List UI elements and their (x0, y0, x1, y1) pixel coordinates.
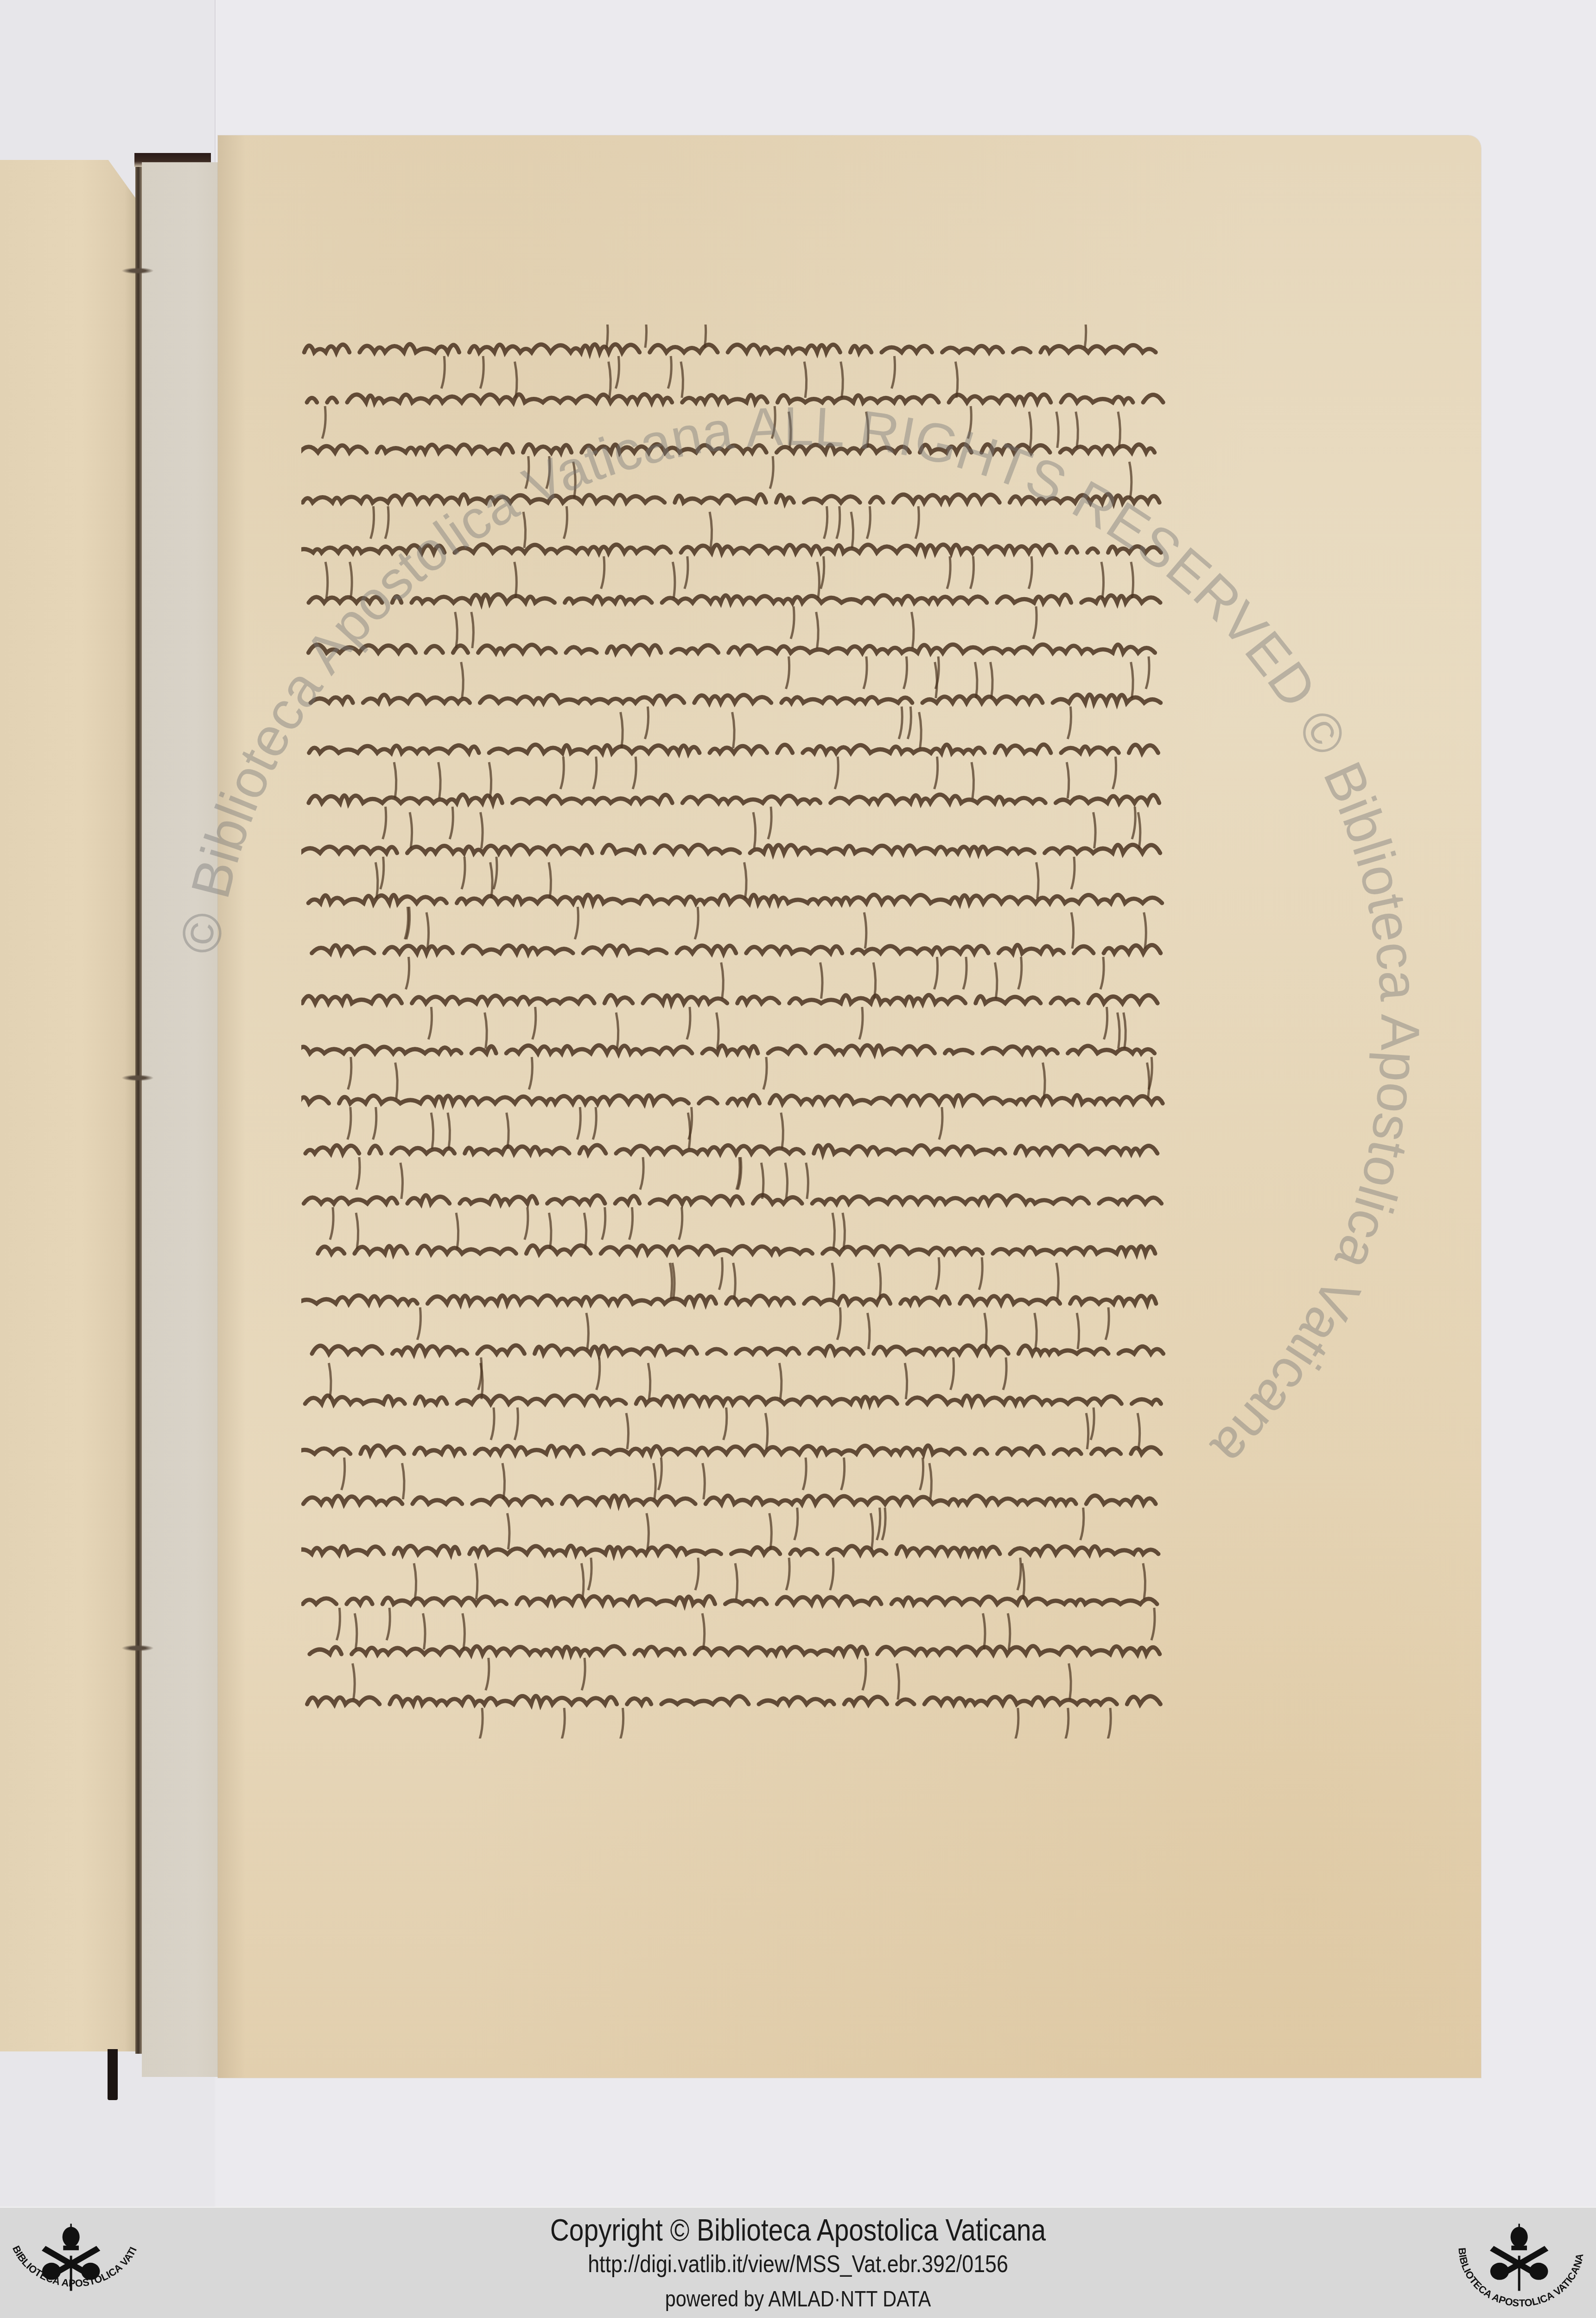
script-stroke (629, 1207, 632, 1240)
script-line (303, 494, 1159, 503)
script-stroke (441, 356, 445, 388)
script-stroke (891, 356, 895, 388)
powered-by: powered by AMLAD·NTT DATA (112, 2286, 1484, 2312)
script-stroke (428, 1007, 432, 1039)
script-stroke (744, 862, 747, 898)
script-stroke (385, 506, 388, 539)
script-stroke (549, 862, 551, 898)
script-stroke (1071, 912, 1074, 949)
script-stroke (401, 1163, 403, 1199)
script-stroke (383, 807, 386, 839)
script-stroke (325, 562, 328, 598)
script-stroke (769, 1513, 772, 1549)
script-line (307, 1696, 1161, 1704)
script-stroke (549, 1213, 551, 1249)
script-stroke (588, 1558, 591, 1590)
script-stroke (863, 1658, 866, 1690)
script-stroke (1118, 1013, 1120, 1049)
script-stroke (322, 406, 325, 439)
script-stroke (431, 1113, 433, 1149)
script-stroke (841, 362, 843, 398)
script-stroke (515, 1407, 518, 1440)
script-line (301, 845, 1160, 853)
script-stroke (645, 707, 648, 739)
script-stroke (1029, 412, 1031, 448)
script-stroke (581, 1563, 584, 1599)
script-stroke (529, 1057, 532, 1089)
script-stroke (695, 1558, 699, 1590)
script-stroke (597, 1357, 600, 1390)
script-stroke (695, 907, 698, 939)
script-stroke (821, 556, 824, 589)
script-stroke (547, 456, 550, 489)
script-stroke (455, 612, 458, 648)
script-stroke (985, 1313, 987, 1349)
script-stroke (1138, 1413, 1140, 1449)
script-stroke (835, 757, 838, 789)
script-stroke (640, 1157, 643, 1190)
script-stroke (1143, 1563, 1145, 1599)
script-stroke (616, 1013, 618, 1049)
script-stroke (908, 707, 911, 739)
script-stroke (353, 1663, 355, 1700)
script-stroke (356, 1157, 360, 1190)
script-stroke (735, 1563, 738, 1599)
vatican-library-logo-left: BIBLIOTECA APOSTOLICA VATICANA (5, 2211, 153, 2316)
script-line (310, 1646, 1160, 1654)
script-stroke (1101, 562, 1104, 598)
script-stroke (1084, 325, 1086, 348)
script-stroke (950, 1357, 954, 1390)
script-stroke (560, 757, 564, 789)
script-stroke (461, 662, 464, 698)
script-stroke (439, 762, 441, 798)
script-stroke (526, 456, 529, 489)
script-stroke (490, 862, 493, 898)
script-stroke (1086, 1413, 1088, 1449)
script-stroke (1008, 1613, 1010, 1649)
script-stroke (395, 1063, 398, 1099)
script-stroke (935, 662, 937, 698)
script-line (301, 1295, 1156, 1304)
script-stroke (820, 962, 822, 999)
script-stroke (972, 762, 974, 798)
script-stroke (593, 757, 597, 789)
script-stroke (679, 1207, 682, 1240)
script-stroke (903, 656, 907, 689)
script-stroke (1118, 412, 1120, 448)
script-stroke (864, 656, 867, 689)
script-stroke (717, 1013, 719, 1049)
script-stroke (703, 1463, 705, 1499)
script-stroke (1056, 412, 1059, 448)
sewing-thread-icon (121, 1645, 154, 1651)
script-stroke (1033, 606, 1036, 639)
script-stroke (463, 1613, 465, 1649)
script-stroke (515, 362, 517, 398)
script-line (308, 895, 1162, 903)
script-stroke (494, 857, 497, 889)
script-stroke (1017, 1558, 1021, 1590)
script-stroke (871, 1513, 873, 1549)
sewing-thread-icon (121, 267, 154, 274)
script-stroke (789, 412, 791, 448)
script-stroke (502, 1463, 505, 1499)
script-stroke (1129, 462, 1132, 498)
script-line (301, 394, 1163, 402)
script-stroke (1091, 1407, 1094, 1440)
script-stroke (486, 1658, 489, 1690)
script-stroke (355, 1613, 357, 1649)
script-stroke (843, 1213, 845, 1249)
script-stroke (934, 957, 937, 989)
script-stroke (573, 462, 576, 498)
script-stroke (882, 1508, 885, 1540)
script-stroke (1003, 1357, 1006, 1390)
script-stroke (864, 912, 866, 949)
script-stroke (905, 1363, 907, 1399)
script-stroke (673, 562, 675, 598)
script-stroke (911, 612, 914, 648)
script-stroke (337, 1608, 340, 1640)
script-stroke (586, 1313, 589, 1349)
script-line (304, 1195, 1161, 1204)
script-stroke (626, 1413, 629, 1449)
script-stroke (577, 1107, 580, 1140)
script-stroke (1132, 807, 1135, 839)
script-stroke (620, 1708, 623, 1738)
script-stroke (867, 1313, 870, 1349)
script-stroke (606, 325, 608, 348)
script-stroke (1076, 412, 1078, 448)
script-stroke (564, 506, 567, 539)
script-stroke (830, 1558, 833, 1590)
script-stroke (479, 1708, 483, 1738)
script-stroke (936, 1257, 939, 1290)
script-stroke (330, 1207, 333, 1240)
script-stroke (1107, 1708, 1111, 1738)
script-stroke (491, 1407, 494, 1440)
script-stroke (899, 707, 902, 739)
permalink-url[interactable]: http://digi.vatlib.it/view/MSS_Vat.ebr.3… (112, 2250, 1484, 2278)
script-stroke (851, 512, 853, 548)
script-stroke (878, 1263, 881, 1299)
script-stroke (394, 762, 396, 798)
script-stroke (670, 1263, 672, 1299)
script-stroke (350, 562, 352, 598)
script-stroke (1065, 1708, 1068, 1738)
script-stroke (795, 1508, 798, 1540)
script-stroke (1113, 757, 1116, 789)
script-stroke (1081, 1508, 1084, 1540)
script-stroke (733, 1263, 736, 1299)
script-stroke (979, 1257, 982, 1290)
script-stroke (859, 1007, 863, 1039)
script-stroke (475, 1563, 477, 1599)
script-line (301, 544, 1161, 553)
script-stroke (414, 1563, 416, 1599)
script-stroke (1036, 862, 1039, 898)
script-stroke (348, 1057, 351, 1089)
script-stroke (462, 857, 465, 889)
script-stroke (833, 1213, 835, 1249)
script-line (308, 1245, 1155, 1254)
script-stroke (768, 807, 771, 839)
viewer-footer: Copyright © Biblioteca Apostolica Vatica… (0, 2207, 1596, 2318)
script-stroke (763, 1057, 767, 1089)
script-stroke (648, 1363, 650, 1399)
script-stroke (471, 612, 474, 648)
script-stroke (786, 1558, 789, 1590)
script-stroke (602, 1207, 605, 1240)
script-stroke (1144, 912, 1146, 949)
script-stroke (785, 1163, 788, 1199)
script-stroke (841, 1458, 845, 1490)
script-stroke (1146, 656, 1149, 689)
script-stroke (426, 912, 429, 949)
script-stroke (791, 606, 794, 639)
script-stroke (837, 506, 840, 539)
script-stroke (507, 1513, 509, 1549)
script-line (312, 945, 1161, 953)
script-stroke (1043, 1063, 1045, 1099)
script-stroke (1035, 1313, 1037, 1349)
papal-coat-of-arms-icon: BIBLIOTECA APOSTOLICA VATICANA (5, 2211, 153, 2316)
script-stroke (1147, 1063, 1149, 1099)
script-stroke (772, 406, 775, 439)
script-stroke (356, 1213, 358, 1249)
script-stroke (983, 1613, 985, 1649)
script-stroke (1068, 707, 1071, 739)
script-stroke (824, 506, 827, 539)
script-stroke (348, 1107, 351, 1140)
script-stroke (781, 1113, 783, 1149)
sewing-thread-icon (121, 1075, 154, 1081)
script-stroke (480, 356, 483, 388)
script-stroke (688, 1113, 690, 1149)
script-stroke (373, 1107, 376, 1140)
script-line (303, 1596, 1157, 1604)
script-stroke (1151, 1608, 1155, 1640)
script-stroke (1138, 812, 1140, 848)
script-stroke (721, 962, 724, 999)
script-stroke (803, 1458, 806, 1490)
script-stroke (1077, 1313, 1079, 1349)
script-line (301, 444, 1155, 452)
script-stroke (970, 556, 973, 589)
backing-seam (215, 0, 216, 167)
svg-text:BIBLIOTECA APOSTOLICA VATICANA: BIBLIOTECA APOSTOLICA VATICANA (1456, 2247, 1585, 2309)
script-stroke (770, 456, 773, 489)
manuscript-text-block (301, 325, 1173, 1738)
copyright-notice: Copyright © Biblioteca Apostolica Vatica… (112, 2212, 1484, 2248)
script-stroke (732, 712, 735, 748)
script-stroke (448, 1113, 450, 1149)
vatican-library-logo-right: BIBLIOTECA APOSTOLICA VATICANA (1443, 2211, 1591, 2316)
script-stroke (963, 957, 967, 989)
script-stroke (593, 1107, 596, 1140)
script-stroke (817, 562, 820, 598)
script-stroke (654, 1463, 656, 1499)
script-stroke (991, 662, 993, 698)
script-stroke (575, 907, 578, 939)
script-stroke (702, 1613, 705, 1649)
script-stroke (644, 325, 647, 348)
gutter-fold (135, 167, 142, 2054)
script-stroke (832, 1263, 834, 1299)
script-stroke (719, 1257, 722, 1290)
script-stroke (515, 562, 517, 598)
script-line (303, 1496, 1156, 1504)
script-stroke (1071, 857, 1075, 889)
script-stroke (381, 857, 384, 889)
script-stroke (929, 1463, 932, 1499)
script-line (304, 344, 1156, 352)
script-stroke (877, 1508, 880, 1540)
script-stroke (1106, 1307, 1109, 1340)
script-stroke (765, 1413, 768, 1449)
script-stroke (779, 1363, 782, 1399)
script-stroke (375, 862, 378, 898)
script-stroke (523, 512, 526, 548)
script-stroke (533, 1007, 536, 1039)
script-stroke (1067, 762, 1069, 798)
script-stroke (866, 412, 869, 448)
script-stroke (935, 757, 938, 789)
script-stroke (342, 1458, 345, 1490)
script-stroke (450, 807, 453, 839)
script-stroke (406, 957, 409, 989)
script-stroke (1029, 556, 1032, 589)
script-stroke (647, 1513, 649, 1549)
script-stroke (609, 362, 611, 398)
script-stroke (704, 325, 706, 348)
script-stroke (873, 962, 876, 999)
script-stroke (481, 812, 483, 848)
script-stroke (1069, 1663, 1071, 1700)
script-stroke (1124, 1013, 1126, 1049)
script-stroke (1104, 1007, 1107, 1039)
script-stroke (616, 356, 619, 388)
script-stroke (387, 1608, 390, 1640)
script-stroke (806, 1163, 808, 1199)
script-stroke (668, 356, 671, 388)
script-stroke (1094, 812, 1096, 848)
script-stroke (685, 556, 688, 589)
script-stroke (1018, 957, 1022, 989)
script-stroke (947, 556, 950, 589)
script-stroke (1100, 957, 1104, 989)
script-stroke (423, 1613, 426, 1649)
script-stroke (995, 962, 997, 999)
script-stroke (410, 812, 412, 848)
script-stroke (633, 757, 636, 789)
script-line (311, 694, 1161, 703)
script-stroke (724, 1407, 727, 1440)
script-stroke (1015, 1708, 1018, 1738)
script-stroke (837, 1307, 840, 1340)
script-stroke (489, 762, 491, 798)
script-stroke (968, 406, 971, 439)
script-stroke (753, 812, 756, 848)
script-stroke (417, 1307, 420, 1340)
script-stroke (584, 1213, 586, 1249)
script-stroke (939, 1107, 942, 1140)
facing-page-left (0, 160, 135, 2051)
script-stroke (370, 506, 374, 539)
script-line (309, 795, 1159, 803)
script-stroke (867, 506, 870, 539)
script-line (301, 1546, 1158, 1554)
script-stroke (897, 1663, 899, 1700)
script-line (302, 995, 1157, 1003)
script-line (308, 644, 1155, 653)
script-line (301, 1446, 1161, 1454)
script-line (309, 594, 1160, 603)
script-stroke (955, 362, 958, 398)
script-stroke (687, 1007, 690, 1039)
script-stroke (1131, 562, 1133, 598)
script-stroke (658, 1458, 661, 1490)
script-line (301, 1095, 1163, 1103)
script-stroke (1022, 1563, 1024, 1599)
script-line (301, 1045, 1155, 1053)
papal-coat-of-arms-icon: BIBLIOTECA APOSTOLICA VATICANA (1443, 2211, 1591, 2316)
script-stroke (786, 656, 789, 689)
script-stroke (816, 612, 819, 648)
script-stroke (582, 1658, 585, 1690)
script-stroke (507, 1113, 509, 1149)
script-stroke (561, 1708, 565, 1738)
script-stroke (920, 1458, 923, 1490)
script-stroke (601, 556, 604, 589)
script-line (301, 1395, 1161, 1404)
script-stroke (975, 662, 977, 698)
handwritten-hebrew-text (301, 325, 1173, 1738)
script-stroke (1131, 662, 1133, 698)
script-stroke (402, 1463, 404, 1499)
script-stroke (621, 712, 623, 748)
book-cover-edge-bottom (108, 2049, 118, 2100)
script-stroke (710, 512, 712, 548)
script-stroke (485, 1013, 487, 1049)
script-stroke (919, 712, 922, 748)
script-stroke (804, 362, 807, 398)
script-stroke (681, 362, 683, 398)
script-stroke (1056, 1263, 1059, 1299)
script-stroke (525, 1207, 528, 1240)
script-stroke (456, 1213, 458, 1249)
script-stroke (916, 506, 919, 539)
